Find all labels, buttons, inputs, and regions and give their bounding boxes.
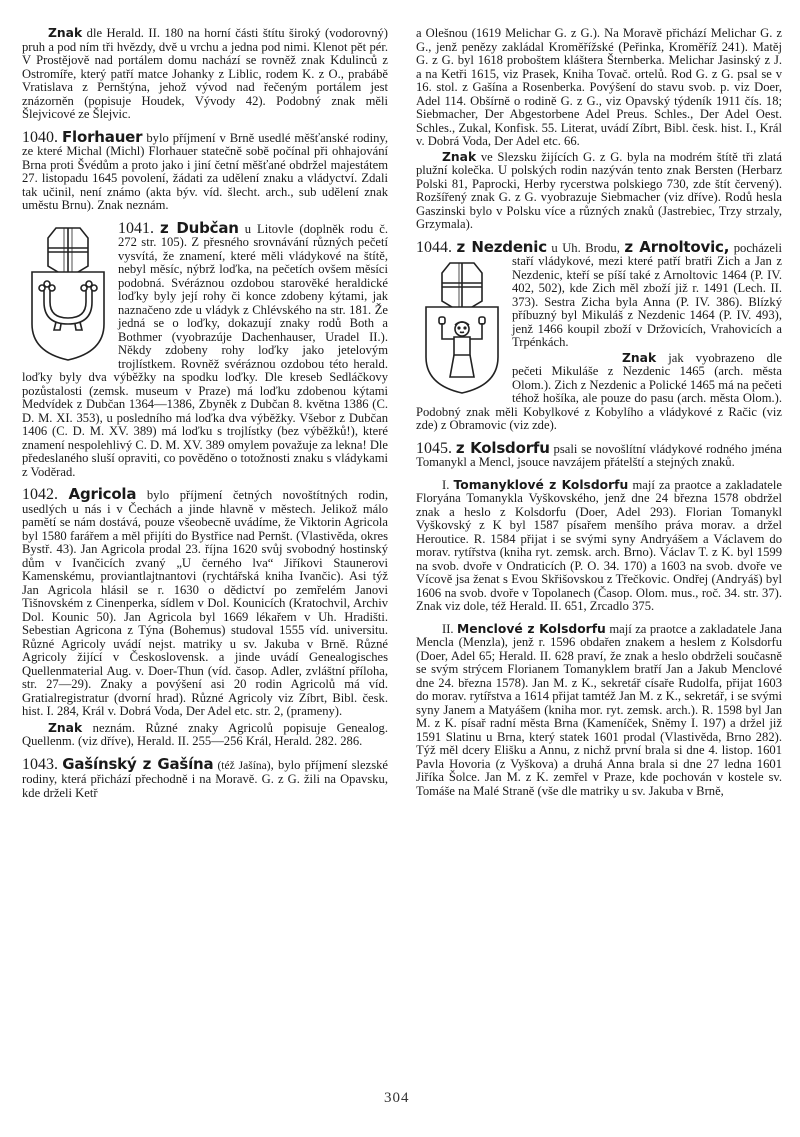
entry-1045-tomanykl: I. Tomanyklové z Kolsdorfu mají za praot…: [416, 479, 782, 614]
entry-1040: 1040. Florhauer bylo příjmení v Brně use…: [22, 131, 388, 213]
entry-title: z Dubčan: [160, 219, 239, 237]
intro-paragraph: Znak dle Herald. II. 180 na horní části …: [22, 27, 388, 122]
entry-number: 1045.: [416, 440, 452, 457]
entry-1043: 1043. Gašínský z Gašína (též Jašína), by…: [22, 758, 388, 801]
entry-title-alt: z Arnoltovic,: [624, 238, 729, 256]
entry-title: Florhauer: [62, 128, 142, 146]
coat-of-arms-helmet-boy-icon: [420, 257, 504, 395]
entry-title: z Kolsdorfu: [456, 439, 550, 457]
znak-keyword: Znak: [622, 351, 656, 365]
entry-title: Gašínský z Gašína: [62, 755, 213, 773]
entry-1042-znak: Znak neznám. Různé znaky Agricolů popisu…: [22, 722, 388, 749]
entry-number: 1041.: [118, 220, 154, 237]
page-number: 304: [384, 1090, 410, 1107]
entry-1042: 1042. Agricola bylo příjmení četných nov…: [22, 488, 388, 719]
entry-title: z Nezdenic: [457, 238, 547, 256]
entry-1041: 1041. z Dubčan: [22, 222, 388, 480]
subsection-title: Menclové z Kolsdorfu: [457, 622, 606, 636]
entry-number: 1042.: [22, 486, 58, 503]
right-column: a Olešnou (1619 Melichar G. z G.). Na Mo…: [416, 27, 782, 798]
znak-keyword: Znak: [48, 26, 82, 40]
coat-of-arms-helmet-boat-icon: [26, 224, 110, 362]
subsection-title: Tomanyklové z Kolsdorfu: [454, 478, 629, 492]
entry-1043-znak: Znak ve Slezsku žijících G. z G. byla na…: [416, 151, 782, 232]
znak-keyword: Znak: [442, 150, 476, 164]
entry-1044: 1044. z Nezdenic u Uh. Brodu, z Arnoltov…: [416, 241, 782, 350]
entry-number: 1044.: [416, 239, 452, 256]
entry-1045: 1045. z Kolsdorfu psali se novošlítní vl…: [416, 442, 782, 470]
entry-number: 1043.: [22, 756, 58, 773]
entry-1045-mencl: II. Menclové z Kolsdorfu mají za praotce…: [416, 623, 782, 799]
entry-1043-continued: a Olešnou (1619 Melichar G. z G.). Na Mo…: [416, 27, 782, 149]
book-page: Znak dle Herald. II. 180 na horní části …: [0, 0, 800, 1137]
left-column: Znak dle Herald. II. 180 na horní části …: [22, 27, 388, 800]
entry-title: Agricola: [69, 485, 137, 503]
entry-number: 1040.: [22, 129, 58, 146]
znak-keyword: Znak: [48, 721, 82, 735]
